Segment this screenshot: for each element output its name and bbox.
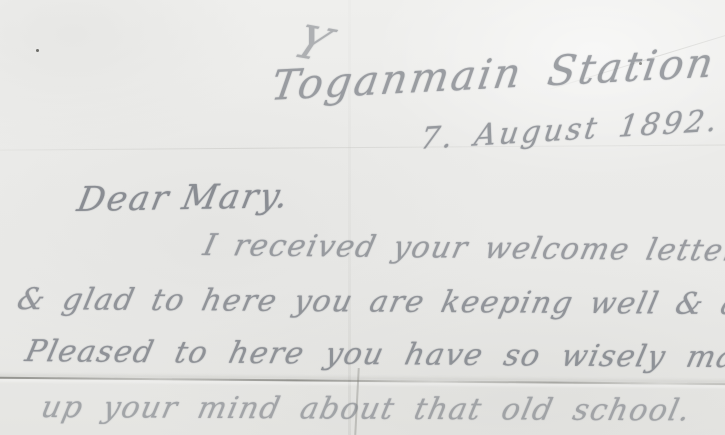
salutation: Dear Mary. [74,176,293,220]
body-text-line: I received your welcome letter [200,228,725,269]
faint-horizontal-crease [0,144,725,150]
letterhead-station-name: Toganmain Station [268,38,719,110]
body-text-line: up your mind about that old school. [38,390,695,428]
ink-speck [36,49,39,52]
handwritten-letter-scan: Y Toganmain Station 7. August 1892. Dear… [0,0,725,435]
horizontal-fold-crease [0,377,725,386]
body-text-line: Pleased to here you have so wisely made [22,334,725,375]
body-text-line: & glad to here you are keeping well & al… [14,282,725,322]
letter-date: 7. August 1892. [418,103,722,157]
